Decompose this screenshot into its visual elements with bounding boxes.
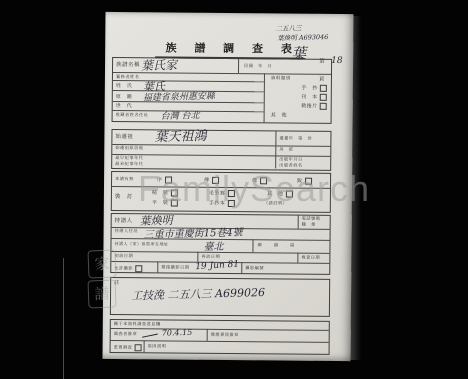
- checkbox-icon: [212, 177, 219, 184]
- field-label-binding: 裝 訂: [115, 194, 133, 200]
- field-label-filming-date: 微捲攝影日期: [161, 265, 189, 270]
- handwritten-annotation-2: 葉煥明 A693046: [277, 32, 328, 42]
- field-label-date: 民國 年 月: [244, 64, 272, 69]
- field-value-filming-date: 19 Jun 81: [195, 260, 239, 273]
- field-value-surveyor-signature: 70.4.15: [143, 328, 193, 338]
- checkbox-icon: [170, 199, 177, 206]
- field-label-holder-address: 收藏者姓名住址: [116, 113, 149, 118]
- signature-scribble: [142, 327, 159, 338]
- material-option-manuscript: 手 抄: [269, 84, 327, 92]
- section-remarks: 註 工技浼 二五八三 A699026: [110, 277, 330, 317]
- binding-option-handcopy: 手抄本: [209, 200, 235, 208]
- field-value-ancestral-house: 臺北: [203, 238, 223, 254]
- field-label-photo-permission: 允許攝影: [114, 265, 142, 272]
- material-type-header: 資料類別: [271, 75, 291, 80]
- watermark-seal-top: 家: [88, 250, 117, 279]
- checkbox-icon: [134, 344, 141, 351]
- checkbox-icon: [165, 176, 172, 183]
- field-label-film-number: 攝影編號: [245, 266, 264, 271]
- field-label-latest-record: 最末紀事年代: [115, 162, 143, 167]
- content-option-portrait: 像: [252, 177, 267, 185]
- content-option-preface: 序: [157, 176, 172, 184]
- field-label-origin: 原 籍: [116, 95, 133, 101]
- material-option-printed: 刊 本: [269, 93, 327, 101]
- section-contents: 本譜有無 序 傳 像 跋 裝 訂 精 裝 平 裝 毛筆寫: [111, 171, 331, 213]
- field-value-title: 葉氏家: [141, 56, 177, 74]
- material-option-other: 其 他: [271, 113, 288, 119]
- binding-option-other: 其 他: [267, 190, 293, 198]
- binding-option-hardcover: 精 裝: [152, 189, 178, 197]
- field-label-surveyor-signature: 調査者簽章: [114, 332, 137, 337]
- field-value-remarks: 工技浼 二五八三 A699026: [131, 284, 265, 304]
- content-option-biography: 傳: [204, 177, 219, 185]
- binding-other-note: （請註明）: [264, 201, 287, 206]
- checkbox-icon: [170, 189, 177, 196]
- checkbox-icon: [260, 177, 267, 184]
- content-option-postscript: 跋: [297, 178, 312, 186]
- film-edge-line: [63, 258, 64, 379]
- field-label-contains: 本譜有無: [115, 177, 134, 182]
- checkbox-icon: [320, 103, 327, 110]
- handwritten-annotation-1: 二五八三: [275, 23, 301, 33]
- watermark-seal-bottom: 譜: [88, 280, 117, 309]
- material-option-microfilm: 微捲片: [269, 102, 327, 110]
- checkbox-icon: [227, 190, 234, 197]
- field-label-ancestral-house: 持譜人（家）祖厝所在地址: [114, 242, 168, 247]
- field-label-reason: 原因説明: [148, 344, 167, 349]
- field-label-surname: 姓 氏: [116, 84, 133, 90]
- microfilm-frame: 族 譜 調 查 表 二五八三 葉煥明 A693046 葉 第 18 頁 族譜名稱…: [0, 0, 468, 379]
- checkbox-icon: [320, 94, 327, 101]
- field-label-migration-year: 遷臺年 第 世: [279, 136, 312, 141]
- field-label-second-visit: 再訪日期: [201, 255, 220, 260]
- field-label-occupation: 職 業: [302, 223, 316, 228]
- field-label-recheck: 複査日期: [301, 256, 320, 261]
- binding-option-brush: 毛筆寫: [209, 190, 235, 198]
- field-label-first-visit: 初訪日期: [114, 254, 133, 259]
- field-label-survey-opinion: 關于本資料調査意見欄: [114, 322, 161, 327]
- section-surveyor: 關于本資料調査意見欄 調査者簽章 70.4.15 微捲專員簽章 重複調査 原因説…: [110, 319, 330, 355]
- checkbox-icon: [285, 191, 292, 198]
- field-label-duplicate-survey: 重複調査: [114, 344, 142, 351]
- field-value-first-ancestor: 葉天祖鴻: [154, 125, 206, 145]
- field-label-title: 族譜名稱: [116, 62, 140, 69]
- checkbox-icon: [320, 85, 327, 92]
- field-label-generations: 世 代: [116, 104, 133, 110]
- binding-option-paperback: 平 裝: [152, 199, 178, 207]
- handwritten-page-number: 18: [331, 56, 343, 66]
- field-label-branch: 房 派: [279, 147, 293, 152]
- section-first-ancestor: 始遷祖 葉天祖鴻 遷臺年 第 世 始遷祖原居地 房 派 最早紀事年代 最末紀事年…: [111, 129, 331, 171]
- field-label-microfilm-officer: 微捲專員簽章: [211, 333, 239, 338]
- field-label-holder-home: 持譜人住址: [115, 229, 138, 234]
- checkbox-icon: [227, 200, 234, 207]
- field-label-ancestor-home: 始遷祖原居地: [115, 146, 143, 151]
- field-value-holder-address: 台灣 台北: [160, 108, 199, 122]
- section-book-info: 族譜名稱 葉氏家 民國 年 月 纂修者姓名 姓 氏 葉氏 原 籍 福建省泉州惠安…: [112, 57, 333, 124]
- field-label-holder: 持譜人: [115, 218, 133, 224]
- checkbox-icon: [135, 265, 142, 272]
- field-label-publisher: 出版者姓名: [279, 163, 302, 168]
- checkbox-icon: [305, 178, 312, 185]
- field-label-first-ancestor: 始遷祖: [115, 134, 133, 140]
- field-label-township: 鄉 鎮 區: [257, 243, 298, 248]
- section-book-holder: 持譜人 葉煥明 電話號碼 職 業 持譜人住址 三重市重慶街15巷4號 持譜人（家…: [110, 213, 331, 275]
- genealogy-survey-form-page: 族 譜 調 查 表 二五八三 葉煥明 A693046 葉 第 18 頁 族譜名稱…: [102, 12, 353, 361]
